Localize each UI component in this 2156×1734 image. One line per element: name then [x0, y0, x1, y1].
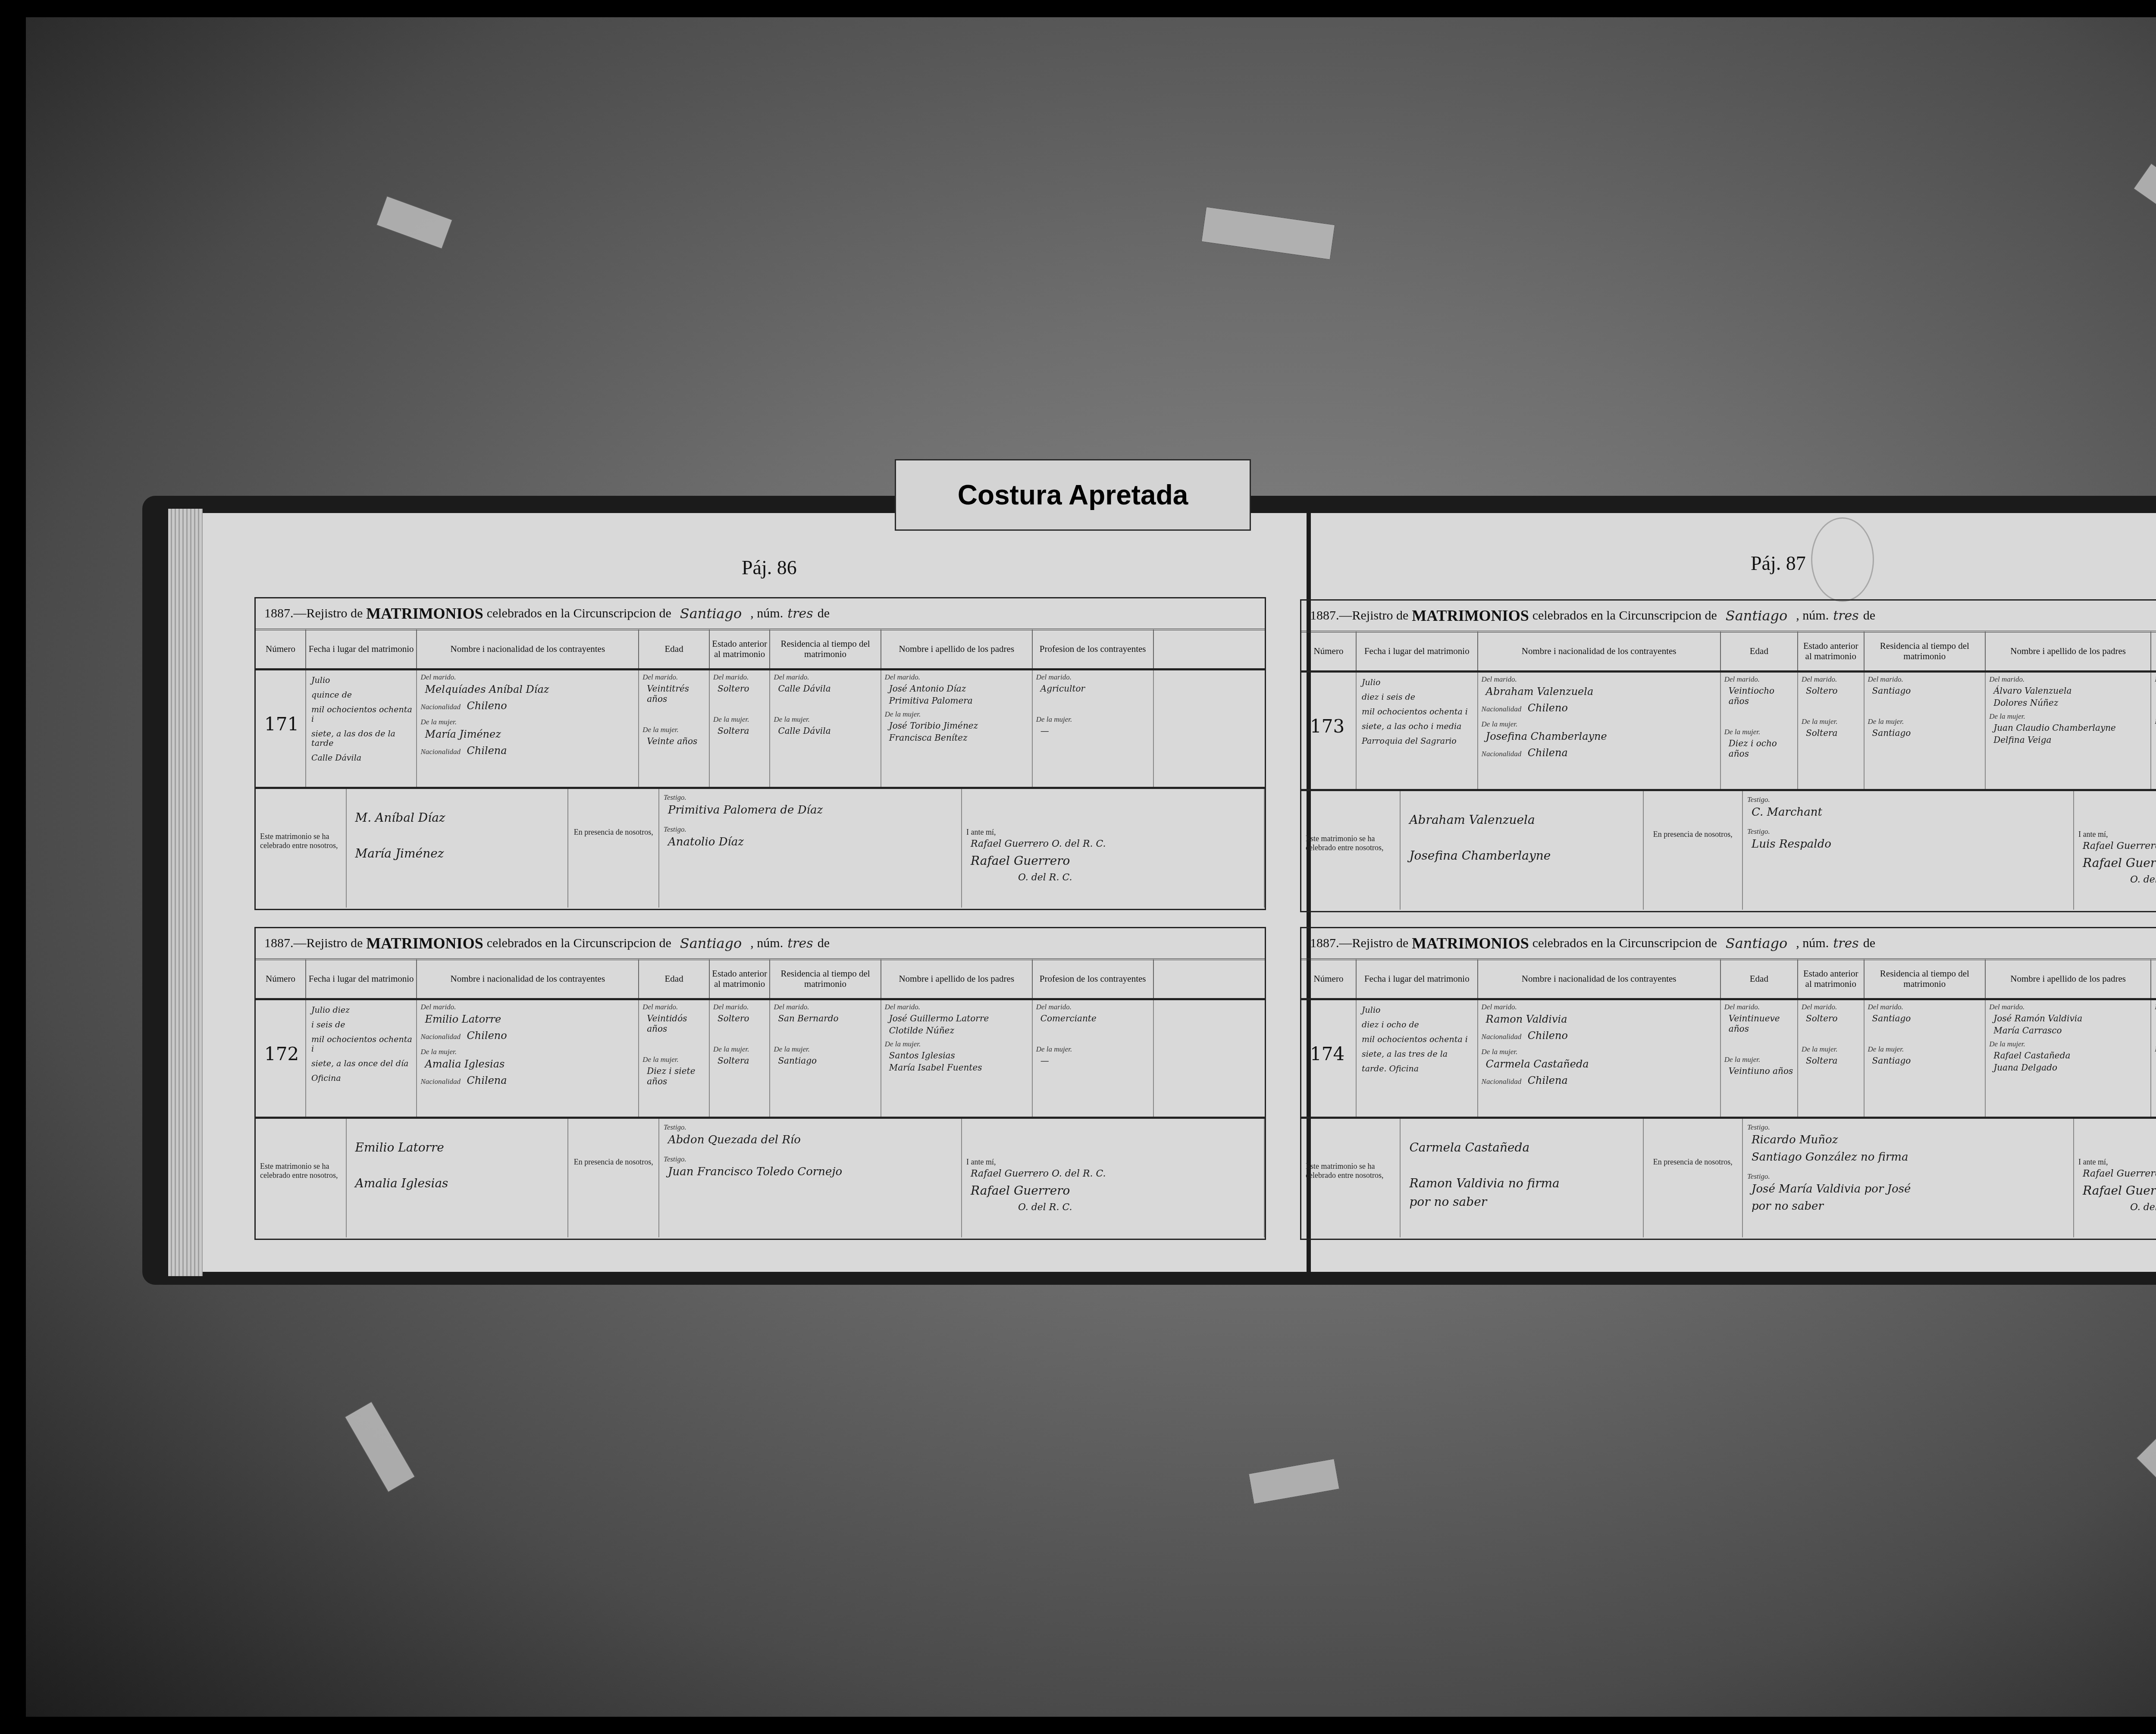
page-number: Páj. 87	[1751, 552, 1806, 575]
marido-madre: Primitiva Palomera	[889, 695, 1028, 706]
column-header: Número	[256, 629, 306, 668]
marido-label: Del marido.	[885, 1003, 1028, 1011]
marido-madre: Dolores Núñez	[1993, 698, 2147, 708]
cell-padres: Del marido. Álvaro Valenzuela Dolores Nú…	[1986, 673, 2151, 789]
marido-nacionalidad: Chileno	[1528, 702, 1568, 714]
column-header: Fecha i lugar del matrimonio	[306, 629, 417, 668]
cell-padres: Del marido. José Ramón Valdivia María Ca…	[1986, 1000, 2151, 1117]
mujer-nacionalidad: Chilena	[1528, 747, 1568, 759]
nacionalidad-label: Nacionalidad	[1482, 750, 1522, 758]
presencia-label: En presencia de nosotros,	[1648, 1158, 1738, 1167]
column-headers: NúmeroFecha i lugar del matrimonioNombre…	[256, 959, 1265, 1000]
column-header: Nombre i apellido de los padres	[1986, 959, 2151, 998]
mujer-residencia: Calle Dávila	[778, 726, 877, 736]
cell-nombres: Del marido. Abraham Valenzuela Nacionali…	[1478, 673, 1721, 789]
mujer-nombre: María Jiménez	[425, 728, 635, 740]
marido-madre: María Carrasco	[1993, 1025, 2147, 1036]
mujer-edad: Veinte años	[647, 736, 705, 746]
film-border-bottom	[0, 1717, 2156, 1734]
oficial-signature: Rafael Guerrero	[2083, 856, 2156, 870]
column-header: Nombre i nacionalidad de los contrayente…	[417, 959, 639, 998]
sig-testigos: Testigo. Primitiva Palomera de Díaz Test…	[659, 789, 962, 908]
cell-edad: Del marido. Veintidós años De la mujer. …	[639, 1000, 710, 1117]
column-header: Estado anterior al matrimonio	[1798, 632, 1865, 670]
column-header: Número	[256, 959, 306, 998]
seal-stamp	[1811, 517, 1874, 602]
signatures-row: Este matrimonio se ha celebrado entre no…	[1301, 791, 2156, 910]
de-label: de	[1863, 608, 1875, 623]
header-prefix: .—Rejistro de	[290, 606, 363, 621]
fecha-line: mil ochocientos ochenta i	[311, 1035, 413, 1054]
marido-edad: Veintitrés años	[647, 683, 705, 704]
circunscripcion: Santiago	[1726, 607, 1788, 624]
cell-numero: 171	[256, 670, 306, 787]
register-header: 1887 .—Rejistro de MATRIMONIOS celebrado…	[1301, 601, 2156, 632]
marido-edad: Veintinueve años	[1729, 1013, 1794, 1034]
marido-label: Del marido.	[642, 673, 705, 682]
marido-estado: Soltero	[1806, 1013, 1860, 1023]
column-header: Nombre i nacionalidad de los contrayente…	[417, 629, 639, 668]
header-prefix: .—Rejistro de	[1336, 608, 1408, 623]
celebrado-intro: Este matrimonio se ha celebrado entre no…	[260, 832, 346, 850]
cell-residencia: Del marido. Santiago De la mujer. Santia…	[1865, 1000, 1986, 1117]
marido-label: Del marido.	[1036, 673, 1150, 682]
column-headers: NúmeroFecha i lugar del matrimonioNombre…	[256, 629, 1265, 670]
mujer-madre: Juana Delgado	[1993, 1062, 2147, 1073]
circunscripcion: Santiago	[1726, 935, 1788, 952]
mujer-madre: Delfina Veiga	[1993, 735, 2147, 745]
mujer-label: De la mujer.	[642, 726, 705, 734]
mujer-padre: Rafael Castañeda	[1993, 1050, 2147, 1061]
marido-label: Del marido.	[713, 673, 766, 682]
num-label: , núm.	[1796, 936, 1829, 951]
signatures-row: Este matrimonio se ha celebrado entre no…	[256, 789, 1265, 908]
nacionalidad-label: Nacionalidad	[420, 1033, 461, 1041]
mujer-label: De la mujer.	[1724, 728, 1794, 736]
mujer-label: De la mujer.	[1802, 717, 1860, 726]
fecha-line: Julio	[1362, 1005, 1474, 1015]
oficial-title: O. del R. C.	[2130, 874, 2156, 885]
nacionalidad-label: Nacionalidad	[1482, 705, 1522, 713]
entry-row: 174Juliodiez i ocho demil ochocientos oc…	[1301, 1000, 2156, 1119]
nacionalidad-label: Nacionalidad	[420, 748, 461, 756]
mujer-edad: Diez i ocho años	[1729, 738, 1794, 759]
register-title: MATRIMONIOS	[366, 934, 483, 952]
num-value: tres	[1833, 608, 1859, 623]
page-number: Páj. 86	[742, 556, 797, 579]
marido-profesion: Comerciante	[1040, 1013, 1150, 1023]
mujer-label: De la mujer.	[774, 715, 877, 724]
fecha-line: diez i ocho de	[1362, 1020, 1474, 1030]
marido-residencia: Santiago	[1872, 1013, 1982, 1023]
cell-numero: 173	[1301, 673, 1357, 789]
fecha-line: quince de	[311, 690, 413, 700]
sig-presencia: En presencia de nosotros,	[568, 789, 659, 908]
nacionalidad-label: Nacionalidad	[420, 703, 461, 711]
num-value: tres	[787, 936, 813, 951]
marido-label: Del marido.	[1868, 1003, 1982, 1011]
testigo-label: Testigo.	[1747, 827, 2069, 836]
testigo-signature: Ricardo Muñoz	[1752, 1133, 2069, 1146]
header-suffix: celebrados en la Circunscripcion de	[487, 606, 671, 621]
sig-presencia: En presencia de nosotros,	[568, 1119, 659, 1237]
mujer-label: De la mujer.	[713, 1045, 766, 1054]
marido-nacionalidad: Chileno	[467, 1030, 507, 1042]
column-header: Estado anterior al matrimonio	[710, 629, 770, 668]
register-title: MATRIMONIOS	[1412, 607, 1529, 625]
sig-oficial: I ante mí, Rafael Guerrero O. del R. C. …	[2074, 1119, 2156, 1237]
sig-intro: Este matrimonio se ha celebrado entre no…	[1301, 1119, 1401, 1237]
de-label: de	[818, 606, 830, 621]
sig-contrayentes: Emilio Latorre Amalia Iglesias	[347, 1119, 569, 1237]
mujer-label: De la mujer.	[1036, 1045, 1150, 1054]
sig-oficial: I ante mí, Rafael Guerrero O. del R. C. …	[2074, 791, 2156, 910]
column-header: Profesion de los contrayentes	[1033, 629, 1154, 668]
marido-residencia: Calle Dávila	[778, 683, 877, 694]
column-header: Número	[1301, 632, 1357, 670]
fecha-line: Julio	[1362, 678, 1474, 687]
column-header: Nombre i nacionalidad de los contrayente…	[1478, 632, 1721, 670]
cell-nombres: Del marido. Melquíades Aníbal Díaz Nacio…	[417, 670, 639, 787]
column-headers: NúmeroFecha i lugar del matrimonioNombre…	[1301, 632, 2156, 673]
fecha-line: tarde. Oficina	[1362, 1064, 1474, 1074]
marido-label: Del marido.	[420, 673, 635, 682]
marido-nombre: Emilio Latorre	[425, 1013, 635, 1025]
nacionalidad-label: Nacionalidad	[1482, 1033, 1522, 1041]
sig-intro: Este matrimonio se ha celebrado entre no…	[1301, 791, 1401, 910]
cell-fecha: Julio diezi seis demil ochocientos ochen…	[306, 1000, 417, 1117]
num-value: tres	[1833, 936, 1859, 951]
fecha-line: Calle Dávila	[311, 753, 413, 763]
marido-label: Del marido.	[885, 673, 1028, 682]
mujer-label: De la mujer.	[885, 1040, 1028, 1049]
fecha-line: siete, a las dos de la tarde	[311, 729, 413, 748]
entry-number: 173	[1310, 716, 1344, 737]
cell-edad: Del marido. Veintitrés años De la mujer.…	[639, 670, 710, 787]
ante-mi-label: I ante mí,	[2078, 1158, 2156, 1167]
marido-label: Del marido.	[1482, 1003, 1717, 1011]
entry-row: 173Juliodiez i seis demil ochocientos oc…	[1301, 673, 2156, 791]
column-header: Edad	[639, 959, 710, 998]
marido-nombre: Melquíades Aníbal Díaz	[425, 683, 635, 695]
mujer-label: De la mujer.	[1036, 715, 1150, 724]
marido-profesion: Agricultor	[1040, 683, 1150, 694]
mujer-padre: Juan Claudio Chamberlayne	[1993, 723, 2147, 733]
marido-label: Del marido.	[1724, 1003, 1794, 1011]
sig-intro: Este matrimonio se ha celebrado entre no…	[256, 789, 347, 908]
column-header: Residencia al tiempo del matrimonio	[770, 629, 881, 668]
cell-profesion: Del marido. Agricultor De la mujer. —	[1033, 670, 1154, 787]
cell-profesion: Del marido. Comerciante De la mujer. —	[1033, 1000, 1154, 1117]
column-header: Nombre i apellido de los padres	[1986, 632, 2151, 670]
cell-edad: Del marido. Veintiocho años De la mujer.…	[1721, 673, 1798, 789]
column-header: Fecha i lugar del matrimonio	[1357, 959, 1478, 998]
header-prefix: .—Rejistro de	[290, 936, 363, 951]
mujer-profesion: —	[1040, 1055, 1150, 1066]
entry-row: 172Julio diezi seis demil ochocientos oc…	[256, 1000, 1265, 1119]
de-label: de	[1863, 936, 1875, 951]
marido-residencia: Santiago	[1872, 685, 1982, 696]
mujer-label: De la mujer.	[1868, 717, 1982, 726]
oficial-signature: Rafael Guerrero	[971, 854, 1260, 868]
cell-residencia: Del marido. Calle Dávila De la mujer. Ca…	[770, 670, 881, 787]
cell-profesion: Del marido. Carpintero De la mujer. Cost…	[2151, 1000, 2156, 1117]
cell-residencia: Del marido. Santiago De la mujer. Santia…	[1865, 673, 1986, 789]
mujer-madre: Francisca Benítez	[889, 732, 1028, 743]
cell-residencia: Del marido. San Bernardo De la mujer. Sa…	[770, 1000, 881, 1117]
header-suffix: celebrados en la Circunscripcion de	[1532, 608, 1717, 623]
marido-label: Del marido.	[774, 1003, 877, 1011]
oficial-line: Rafael Guerrero O. del R. C.	[971, 839, 1260, 849]
mujer-edad: Veintiuno años	[1729, 1066, 1794, 1076]
testigo-label: Testigo.	[664, 825, 957, 834]
oficial-signature: Rafael Guerrero	[2083, 1183, 2156, 1198]
testigo-signature: Santiago González no firma	[1752, 1151, 2069, 1164]
mujer-label: De la mujer.	[420, 1048, 635, 1056]
oficial-line: Rafael Guerrero O. del R. C.	[971, 1168, 1260, 1179]
testigo-signature: José María Valdivia por José	[1752, 1183, 2069, 1196]
celebrado-intro: Este matrimonio se ha celebrado entre no…	[1306, 834, 1400, 852]
fecha-line: i seis de	[311, 1020, 413, 1030]
oficial-title: O. del R. C.	[2130, 1202, 2156, 1213]
column-header: Nombre i nacionalidad de los contrayente…	[1478, 959, 1721, 998]
year: 1887	[264, 936, 290, 951]
testigo-label: Testigo.	[664, 1155, 957, 1164]
mujer-label: De la mujer.	[774, 1045, 877, 1054]
film-border-top	[0, 0, 2156, 17]
marido-label: Del marido.	[1802, 1003, 1860, 1011]
marido-label: Del marido.	[774, 673, 877, 682]
marido-edad: Veintidós años	[647, 1013, 705, 1034]
marido-nacionalidad: Chileno	[467, 700, 507, 712]
num-label: , núm.	[750, 606, 783, 621]
marriage-register: 1887 .—Rejistro de MATRIMONIOS celebrado…	[1300, 599, 2156, 912]
cell-fecha: Juliodiez i seis demil ochocientos ochen…	[1357, 673, 1478, 789]
mujer-nombre: Amalia Iglesias	[425, 1058, 635, 1070]
marido-nombre: Ramon Valdivia	[1486, 1013, 1717, 1025]
page-edges-left	[168, 509, 203, 1276]
contrayente-signature: María Jiménez	[355, 846, 564, 861]
fecha-line: siete, a las once del día	[311, 1059, 413, 1068]
column-header: Edad	[1721, 959, 1798, 998]
mujer-nombre: Josefina Chamberlayne	[1486, 730, 1717, 742]
year: 1887	[264, 606, 290, 621]
entry-row: 171Julioquince demil ochocientos ochenta…	[256, 670, 1265, 789]
marido-residencia: San Bernardo	[778, 1013, 877, 1023]
testigo-signature: Abdon Quezada del Río	[668, 1133, 957, 1146]
mujer-residencia: Santiago	[1872, 1055, 1982, 1066]
mujer-estado: Soltera	[1806, 728, 1860, 738]
mujer-label: De la mujer.	[420, 718, 635, 726]
sig-presencia: En presencia de nosotros,	[1644, 791, 1743, 910]
mujer-nacionalidad: Chilena	[467, 1074, 507, 1086]
cell-fecha: Juliodiez i ocho demil ochocientos ochen…	[1357, 1000, 1478, 1117]
marido-padre: José Guillermo Latorre	[889, 1013, 1028, 1023]
entry-number: 171	[264, 714, 299, 735]
oficial-line: Rafael Guerrero O. del R. C.	[2083, 841, 2156, 851]
column-header: Profesion de los contrayentes	[2151, 959, 2156, 998]
num-label: , núm.	[750, 936, 783, 951]
sig-testigos: Testigo. Ricardo Muñoz Santiago González…	[1743, 1119, 2074, 1237]
column-header: Estado anterior al matrimonio	[710, 959, 770, 998]
marido-label: Del marido.	[1989, 675, 2147, 684]
marido-label: Del marido.	[1482, 675, 1717, 684]
cell-nombres: Del marido. Emilio Latorre Nacionalidad …	[417, 1000, 639, 1117]
cell-estado: Del marido. Soltero De la mujer. Soltera	[1798, 673, 1865, 789]
marido-padre: Álvaro Valenzuela	[1993, 685, 2147, 696]
testigo-signature: C. Marchant	[1752, 806, 2069, 819]
header-prefix: .—Rejistro de	[1336, 936, 1408, 951]
mujer-label: De la mujer.	[713, 715, 766, 724]
signatures-row: Este matrimonio se ha celebrado entre no…	[256, 1119, 1265, 1237]
column-header: Edad	[1721, 632, 1798, 670]
fecha-line: Parroquia del Sagrario	[1362, 736, 1474, 746]
column-header: Residencia al tiempo del matrimonio	[770, 959, 881, 998]
cell-estado: Del marido. Soltero De la mujer. Soltera	[1798, 1000, 1865, 1117]
column-header: Fecha i lugar del matrimonio	[306, 959, 417, 998]
sig-testigos: Testigo. Abdon Quezada del Río Testigo. …	[659, 1119, 962, 1237]
column-header: Nombre i apellido de los padres	[881, 959, 1033, 998]
testigo-signature: por no saber	[1752, 1200, 2069, 1213]
column-header: Número	[1301, 959, 1357, 998]
celebrado-intro: Este matrimonio se ha celebrado entre no…	[260, 1162, 346, 1180]
marido-label: Del marido.	[1724, 675, 1794, 684]
mujer-edad: Diez i siete años	[647, 1066, 705, 1086]
nacionalidad-label: Nacionalidad	[1482, 1077, 1522, 1086]
presencia-label: En presencia de nosotros,	[1648, 830, 1738, 839]
register-header: 1887 .—Rejistro de MATRIMONIOS celebrado…	[256, 598, 1265, 630]
column-header: Estado anterior al matrimonio	[1798, 959, 1865, 998]
mujer-estado: Soltera	[1806, 1055, 1860, 1066]
cell-profesion: Del marido. Pintor De la mujer. —	[2151, 673, 2156, 789]
sig-presencia: En presencia de nosotros,	[1644, 1119, 1743, 1237]
column-header: Nombre i apellido de los padres	[881, 629, 1033, 668]
fecha-line: mil ochocientos ochenta i	[1362, 707, 1474, 717]
cell-estado: Del marido. Soltero De la mujer. Soltera	[710, 670, 770, 787]
fecha-line: mil ochocientos ochenta i	[311, 705, 413, 724]
testigo-label: Testigo.	[1747, 1123, 2069, 1132]
sig-testigos: Testigo. C. Marchant Testigo. Luis Respa…	[1743, 791, 2074, 910]
testigo-label: Testigo.	[664, 793, 957, 802]
marido-estado: Soltero	[1806, 685, 1860, 696]
mujer-residencia: Santiago	[1872, 728, 1982, 738]
mujer-label: De la mujer.	[885, 710, 1028, 719]
num-label: , núm.	[1796, 608, 1829, 623]
testigo-label: Testigo.	[664, 1123, 957, 1132]
cell-padres: Del marido. José Guillermo Latorre Cloti…	[881, 1000, 1033, 1117]
testigo-label: Testigo.	[1747, 1172, 2069, 1181]
contrayente-signature: Josefina Chamberlayne	[1409, 848, 1638, 863]
de-label: de	[818, 936, 830, 951]
marido-label: Del marido.	[1802, 675, 1860, 684]
column-headers: NúmeroFecha i lugar del matrimonioNombre…	[1301, 959, 2156, 1000]
register-title: MATRIMONIOS	[366, 604, 483, 623]
oficial-title: O. del R. C.	[1018, 872, 1260, 883]
column-header: Profesion de los contrayentes	[2151, 632, 2156, 670]
fecha-line: siete, a las ocho i media	[1362, 722, 1474, 731]
cell-edad: Del marido. Veintinueve años De la mujer…	[1721, 1000, 1798, 1117]
year: 1887	[1310, 936, 1336, 951]
mujer-padre: José Toribio Jiménez	[889, 720, 1028, 731]
testigo-label: Testigo.	[1747, 795, 2069, 804]
ante-mi-label: I ante mí,	[966, 1158, 1260, 1167]
mujer-residencia: Santiago	[778, 1055, 877, 1066]
contrayente-signature: por no saber	[1409, 1195, 1638, 1209]
entry-number: 172	[264, 1043, 299, 1064]
num-value: tres	[787, 606, 813, 621]
mujer-label: De la mujer.	[1989, 712, 2147, 721]
nacionalidad-label: Nacionalidad	[420, 1077, 461, 1086]
marriage-register: 1887 .—Rejistro de MATRIMONIOS celebrado…	[254, 927, 1266, 1240]
entry-number: 174	[1310, 1043, 1344, 1064]
column-header: Profesion de los contrayentes	[1033, 959, 1154, 998]
mujer-estado: Soltera	[718, 726, 766, 736]
mujer-nacionalidad: Chilena	[467, 745, 507, 757]
testigo-signature: Primitiva Palomera de Díaz	[668, 804, 957, 817]
mujer-label: De la mujer.	[1482, 720, 1717, 729]
binding-label: Costura Apretada	[895, 459, 1251, 531]
marido-edad: Veintiocho años	[1729, 685, 1794, 706]
cell-estado: Del marido. Soltero De la mujer. Soltera	[710, 1000, 770, 1117]
contrayente-signature: Carmela Castañeda	[1409, 1140, 1638, 1155]
cell-numero: 174	[1301, 1000, 1357, 1117]
marido-label: Del marido.	[1989, 1003, 2147, 1011]
fecha-line: mil ochocientos ochenta i	[1362, 1035, 1474, 1044]
oficial-signature: Rafael Guerrero	[971, 1183, 1260, 1198]
column-header: Fecha i lugar del matrimonio	[1357, 632, 1478, 670]
sig-intro: Este matrimonio se ha celebrado entre no…	[256, 1119, 347, 1237]
marido-label: Del marido.	[1868, 675, 1982, 684]
marriage-register: 1887 .—Rejistro de MATRIMONIOS celebrado…	[1300, 927, 2156, 1240]
mujer-estado: Soltera	[718, 1055, 766, 1066]
fecha-line: Oficina	[311, 1074, 413, 1083]
fecha-line: Julio	[311, 676, 413, 685]
fecha-line: siete, a las tres de la	[1362, 1049, 1474, 1059]
testigo-signature: Anatolio Díaz	[668, 836, 957, 848]
mujer-padre: Santos Iglesias	[889, 1050, 1028, 1061]
mujer-label: De la mujer.	[1724, 1055, 1794, 1064]
marido-label: Del marido.	[713, 1003, 766, 1011]
column-header: Edad	[639, 629, 710, 668]
sig-contrayentes: Abraham Valenzuela Josefina Chamberlayne	[1401, 791, 1643, 910]
contrayente-signature: Ramon Valdivia no firma	[1409, 1176, 1638, 1190]
fecha-line: Julio diez	[311, 1005, 413, 1015]
celebrado-intro: Este matrimonio se ha celebrado entre no…	[1306, 1162, 1400, 1180]
marido-estado: Soltero	[718, 1013, 766, 1023]
marido-nombre: Abraham Valenzuela	[1486, 685, 1717, 698]
mujer-nombre: Carmela Castañeda	[1486, 1058, 1717, 1070]
cell-fecha: Julioquince demil ochocientos ochenta is…	[306, 670, 417, 787]
contrayente-signature: Abraham Valenzuela	[1409, 813, 1638, 827]
presencia-label: En presencia de nosotros,	[573, 828, 654, 837]
cell-nombres: Del marido. Ramon Valdivia Nacionalidad …	[1478, 1000, 1721, 1117]
cell-numero: 172	[256, 1000, 306, 1117]
mujer-label: De la mujer.	[1802, 1045, 1860, 1054]
marriage-register: 1887 .—Rejistro de MATRIMONIOS celebrado…	[254, 597, 1266, 910]
mujer-madre: María Isabel Fuentes	[889, 1062, 1028, 1073]
mujer-label: De la mujer.	[1482, 1048, 1717, 1056]
mujer-label: De la mujer.	[642, 1055, 705, 1064]
signatures-row: Este matrimonio se ha celebrado entre no…	[1301, 1119, 2156, 1237]
contrayente-signature: Amalia Iglesias	[355, 1176, 564, 1190]
testigo-signature: Luis Respaldo	[1752, 838, 2069, 851]
register-header: 1887 .—Rejistro de MATRIMONIOS celebrado…	[1301, 928, 2156, 960]
year: 1887	[1310, 608, 1336, 623]
sig-contrayentes: Carmela Castañeda Ramon Valdivia no firm…	[1401, 1119, 1643, 1237]
marido-padre: José Antonio Díaz	[889, 683, 1028, 694]
header-suffix: celebrados en la Circunscripcion de	[487, 936, 671, 951]
marido-label: Del marido.	[642, 1003, 705, 1011]
